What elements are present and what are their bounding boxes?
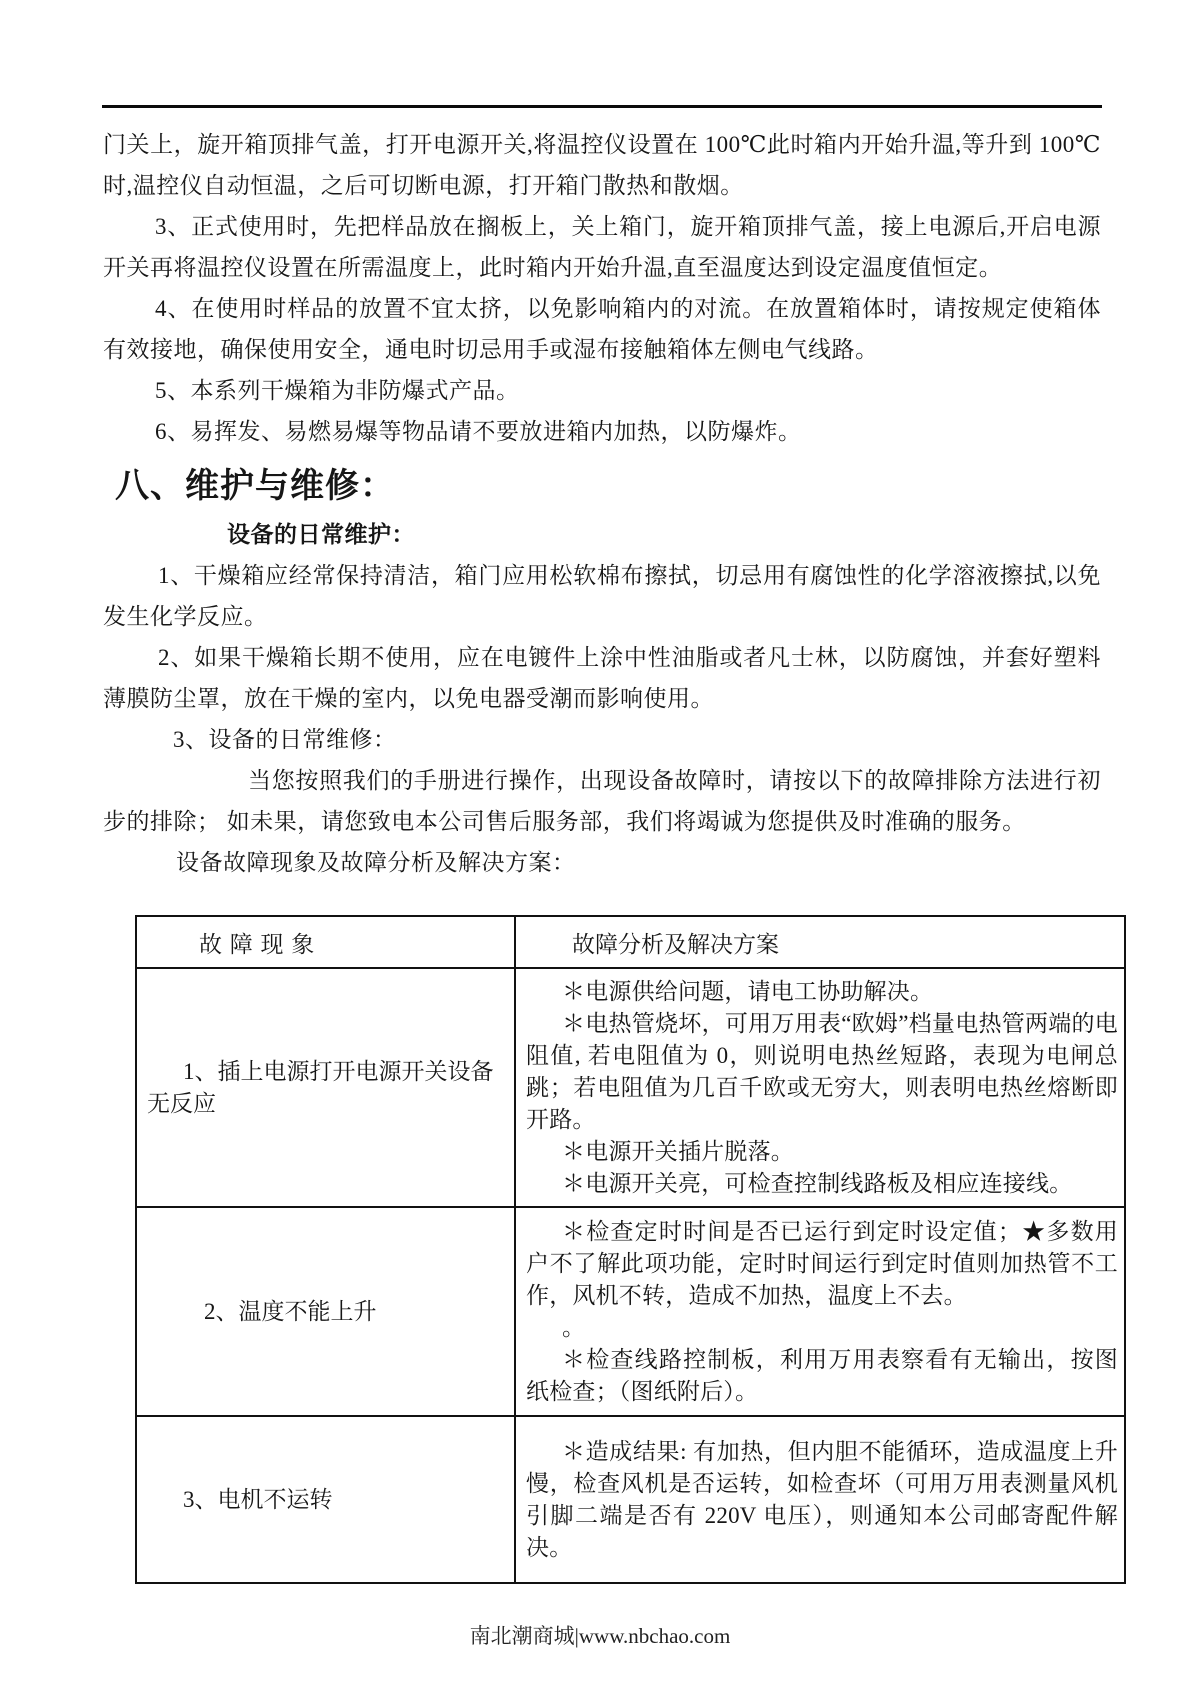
column-header-symptom: 故 障 现 象 [136, 916, 515, 968]
symptom-cell-1: 1、插上电源打开电源开关设备无反应 [136, 968, 515, 1207]
solution-item: ＊电源供给问题，请电工协助解决。 [526, 976, 1118, 1008]
solution-cell-3: ＊造成结果: 有加热，但内胆不能循环，造成温度上升慢，检查风机是否运转，如检查坏… [515, 1416, 1125, 1583]
symptom-cell-3: 3、电机不运转 [136, 1416, 515, 1583]
document-page: 门关上，旋开箱顶排气盖，打开电源开关,将温控仪设置在 100℃此时箱内开始升温,… [0, 0, 1200, 1697]
paragraph-daily-repair-heading: 3、设备的日常维修： [103, 719, 1101, 760]
sub-heading-daily-maintenance: 设备的日常维护： [227, 514, 1101, 555]
solution-item: ＊电热管烧坏，可用万用表“欧姆”档量电热管两端的电阻值, 若电阻值为 0，则说明… [526, 1008, 1118, 1136]
paragraph-table-intro: 设备故障现象及故障分析及解决方案： [103, 842, 1101, 883]
solution-item: ＊检查定时时间是否已运行到定时设定值；★多数用户不了解此项功能，定时时间运行到定… [526, 1216, 1118, 1312]
header-rule [102, 105, 1102, 108]
solution-item: 。 [526, 1312, 1118, 1344]
solution-cell-1: ＊电源供给问题，请电工协助解决。 ＊电热管烧坏，可用万用表“欧姆”档量电热管两端… [515, 968, 1125, 1207]
document-content: 门关上，旋开箱顶排气盖，打开电源开关,将温控仪设置在 100℃此时箱内开始升温,… [103, 124, 1101, 1584]
table-row: 1、插上电源打开电源开关设备无反应 ＊电源供给问题，请电工协助解决。 ＊电热管烧… [136, 968, 1125, 1207]
symptom-text: 2、温度不能上升 [147, 1296, 504, 1328]
fault-table: 故 障 现 象 故障分析及解决方案 1、插上电源打开电源开关设备无反应 ＊电源供… [135, 915, 1126, 1584]
fault-table-header-row: 故 障 现 象 故障分析及解决方案 [136, 916, 1125, 968]
column-header-solution: 故障分析及解决方案 [515, 916, 1125, 968]
paragraph-maintenance-2: 2、如果干燥箱长期不使用，应在电镀件上涂中性油脂或者凡士林，以防腐蚀，并套好塑料… [103, 637, 1101, 719]
paragraph-usage-step-3: 3、正式使用时，先把样品放在搁板上，关上箱门，旋开箱顶排气盖，接上电源后,开启电… [103, 206, 1101, 288]
solution-item: ＊电源开关亮，可检查控制线路板及相应连接线。 [526, 1168, 1118, 1200]
paragraph-repair-intro: 当您按照我们的手册进行操作，出现设备故障时，请按以下的故障排除方法进行初步的排除… [103, 760, 1101, 842]
symptom-text: 1、插上电源打开电源开关设备无反应 [147, 1056, 504, 1120]
table-row: 3、电机不运转 ＊造成结果: 有加热，但内胆不能循环，造成温度上升慢，检查风机是… [136, 1416, 1125, 1583]
paragraph-usage-step-6: 6、易挥发、易燃易爆等物品请不要放进箱内加热，以防爆炸。 [103, 411, 1101, 452]
symptom-cell-2: 2、温度不能上升 [136, 1207, 515, 1416]
table-row: 2、温度不能上升 ＊检查定时时间是否已运行到定时设定值；★多数用户不了解此项功能… [136, 1207, 1125, 1416]
footer-watermark: 南北潮商城|www.nbchao.com [0, 1620, 1200, 1650]
paragraph-maintenance-1: 1、干燥箱应经常保持清洁，箱门应用松软棉布擦拭，切忌用有腐蚀性的化学溶液擦拭,以… [103, 555, 1101, 637]
solution-cell-2: ＊检查定时时间是否已运行到定时设定值；★多数用户不了解此项功能，定时时间运行到定… [515, 1207, 1125, 1416]
section-heading-maintenance: 八、维护与维修： [115, 462, 1101, 512]
paragraph-usage-continued: 门关上，旋开箱顶排气盖，打开电源开关,将温控仪设置在 100℃此时箱内开始升温,… [103, 124, 1101, 206]
solution-item: ＊检查线路控制板，利用万用表察看有无输出，按图纸检查；（图纸附后）。 [526, 1344, 1118, 1408]
paragraph-usage-step-4: 4、在使用时样品的放置不宜太挤，以免影响箱内的对流。在放置箱体时，请按规定使箱体… [103, 288, 1101, 370]
solution-item: ＊造成结果: 有加热，但内胆不能循环，造成温度上升慢，检查风机是否运转，如检查坏… [526, 1436, 1118, 1564]
symptom-text: 3、电机不运转 [147, 1484, 504, 1516]
paragraph-usage-step-5: 5、本系列干燥箱为非防爆式产品。 [103, 370, 1101, 411]
solution-item: ＊电源开关插片脱落。 [526, 1136, 1118, 1168]
